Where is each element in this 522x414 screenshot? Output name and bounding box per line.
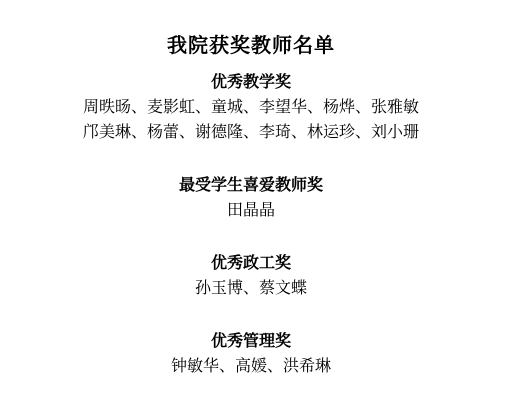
page-title: 我院获奖教师名单 xyxy=(4,34,498,58)
document-page: 我院获奖教师名单 优秀教学奖 周昳旸、麦影虹、童城、李望华、杨烨、张雅敏 邝美琳… xyxy=(0,0,522,414)
section-heading-most-loved-award: 最受学生喜爱教师奖 xyxy=(4,173,498,198)
section-heading-political-work-award: 优秀政工奖 xyxy=(4,251,498,276)
names-line: 钟敏华、高媛、洪希琳 xyxy=(4,354,498,379)
names-line: 孙玉博、蔡文蝶 xyxy=(4,276,498,301)
award-section-management: 优秀管理奖 钟敏华、高媛、洪希琳 xyxy=(4,329,498,379)
names-line: 田晶晶 xyxy=(4,198,498,223)
names-line: 周昳旸、麦影虹、童城、李望华、杨烨、张雅敏 xyxy=(4,95,498,120)
award-section-political-work: 优秀政工奖 孙玉博、蔡文蝶 xyxy=(4,251,498,301)
section-heading-teaching-award: 优秀教学奖 xyxy=(4,70,498,95)
names-line: 邝美琳、杨蕾、谢德隆、李琦、林运珍、刘小珊 xyxy=(4,120,498,145)
award-section-most-loved: 最受学生喜爱教师奖 田晶晶 xyxy=(4,173,498,223)
section-heading-management-award: 优秀管理奖 xyxy=(4,329,498,354)
award-section-teaching: 优秀教学奖 周昳旸、麦影虹、童城、李望华、杨烨、张雅敏 邝美琳、杨蕾、谢德隆、李… xyxy=(4,70,498,145)
document-body: 我院获奖教师名单 优秀教学奖 周昳旸、麦影虹、童城、李望华、杨烨、张雅敏 邝美琳… xyxy=(0,0,522,414)
